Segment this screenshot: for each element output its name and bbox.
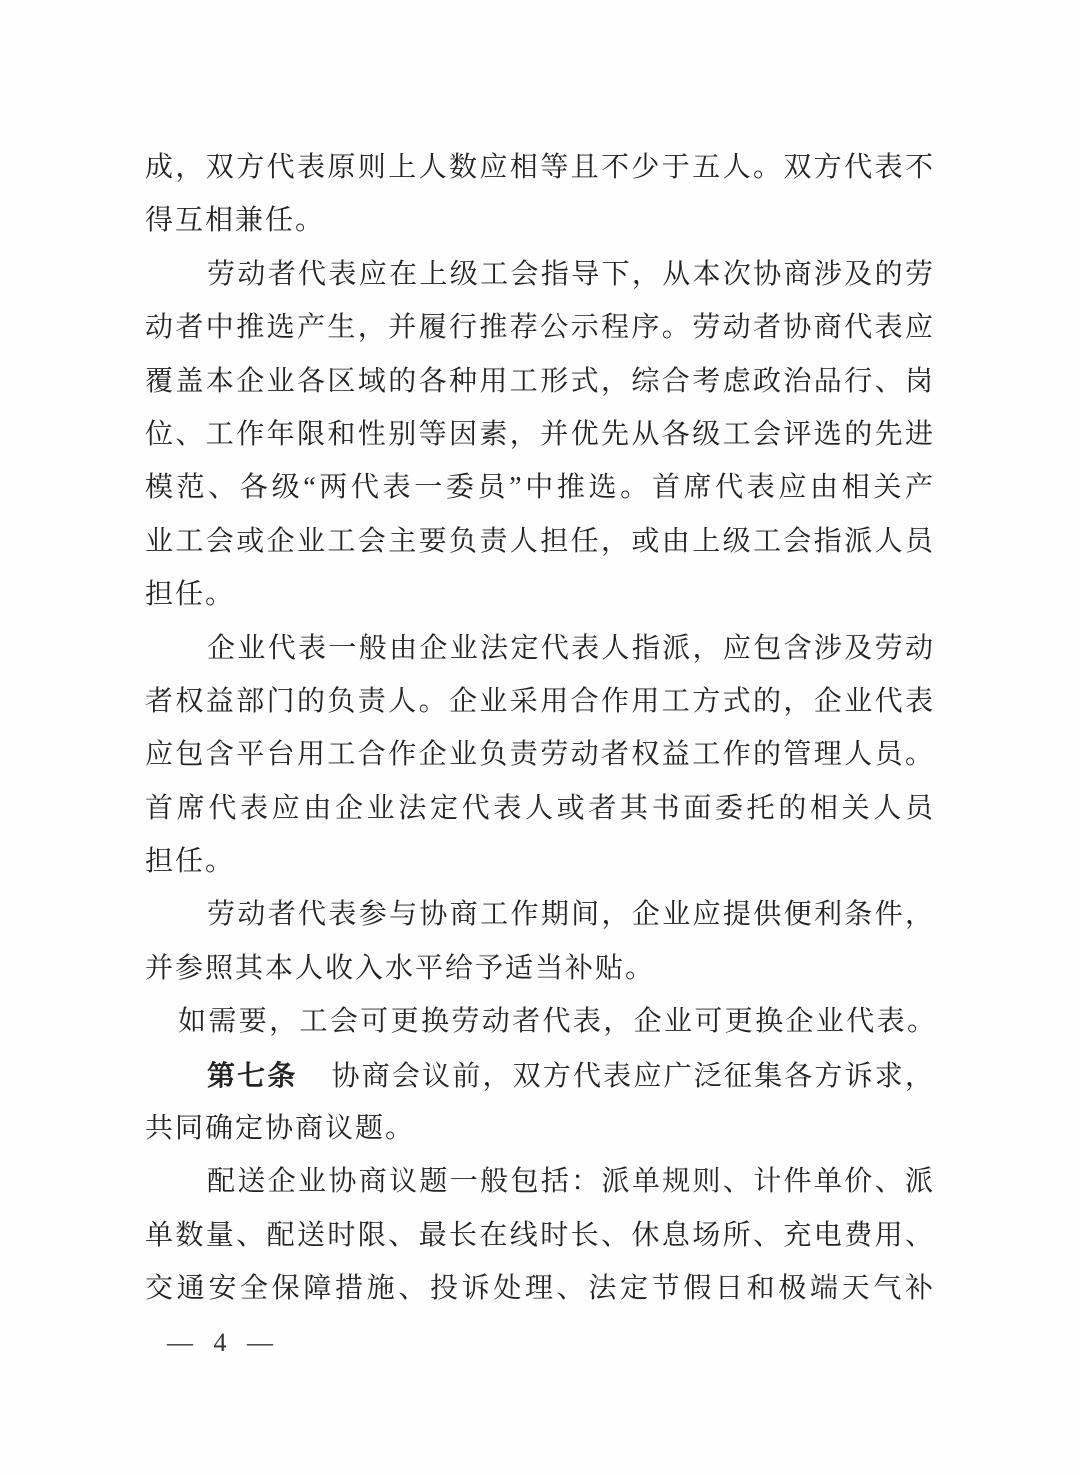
article-number-label: 第七条 (207, 1060, 298, 1091)
text-line: 配送企业协商议题一般包括：派单规则、计件单价、派 (145, 1155, 935, 1208)
text-line: 共同确定协商议题。 (145, 1102, 935, 1155)
text-line: 如需要，工会可更换劳动者代表，企业可更换企业代表。 (145, 995, 935, 1048)
text-line: 担任。 (145, 835, 935, 888)
text-line: 首席代表应由企业法定代表人或者其书面委托的相关人员 (145, 782, 935, 835)
page-number: — 4 — (167, 1326, 280, 1360)
text-line: 企业代表一般由企业法定代表人指派，应包含涉及劳动 (145, 622, 935, 675)
text-line: 成，双方代表原则上人数应相等且不少于五人。双方代表不 (145, 141, 935, 194)
text-line: 业工会或企业工会主要负责人担任，或由上级工会指派人员 (145, 515, 935, 568)
text-line: 应包含平台用工合作企业负责劳动者权益工作的管理人员。 (145, 728, 935, 781)
text-line: 得互相兼任。 (145, 194, 935, 247)
text-line: 劳动者代表应在上级工会指导下，从本次协商涉及的劳 (145, 248, 935, 301)
document-page: 成，双方代表原则上人数应相等且不少于五人。双方代表不 得互相兼任。 劳动者代表应… (0, 0, 1080, 1475)
text-line: 劳动者代表参与协商工作期间，企业应提供便利条件， (145, 888, 935, 941)
document-body: 成，双方代表原则上人数应相等且不少于五人。双方代表不 得互相兼任。 劳动者代表应… (145, 141, 935, 1316)
text-line: 交通安全保障措施、投诉处理、法定节假日和极端天气补 (145, 1262, 935, 1315)
text-line: 覆盖本企业各区域的各种用工形式，综合考虑政治品行、岗 (145, 355, 935, 408)
text-line-article-7: 第七条协商会议前，双方代表应广泛征集各方诉求， (145, 1049, 935, 1102)
article-opening-text: 协商会议前，双方代表应广泛征集各方诉求， (332, 1061, 935, 1092)
text-line: 担任。 (145, 568, 935, 621)
text-line: 位、工作年限和性别等因素，并优先从各级工会评选的先进 (145, 408, 935, 461)
text-line: 动者中推选产生，并履行推荐公示程序。劳动者协商代表应 (145, 301, 935, 354)
text-line: 模范、各级“两代表一委员”中推选。首席代表应由相关产 (145, 461, 935, 514)
text-line: 者权益部门的负责人。企业采用合作用工方式的，企业代表 (145, 675, 935, 728)
text-line: 单数量、配送时限、最长在线时长、休息场所、充电费用、 (145, 1209, 935, 1262)
text-line: 并参照其本人收入水平给予适当补贴。 (145, 942, 935, 995)
